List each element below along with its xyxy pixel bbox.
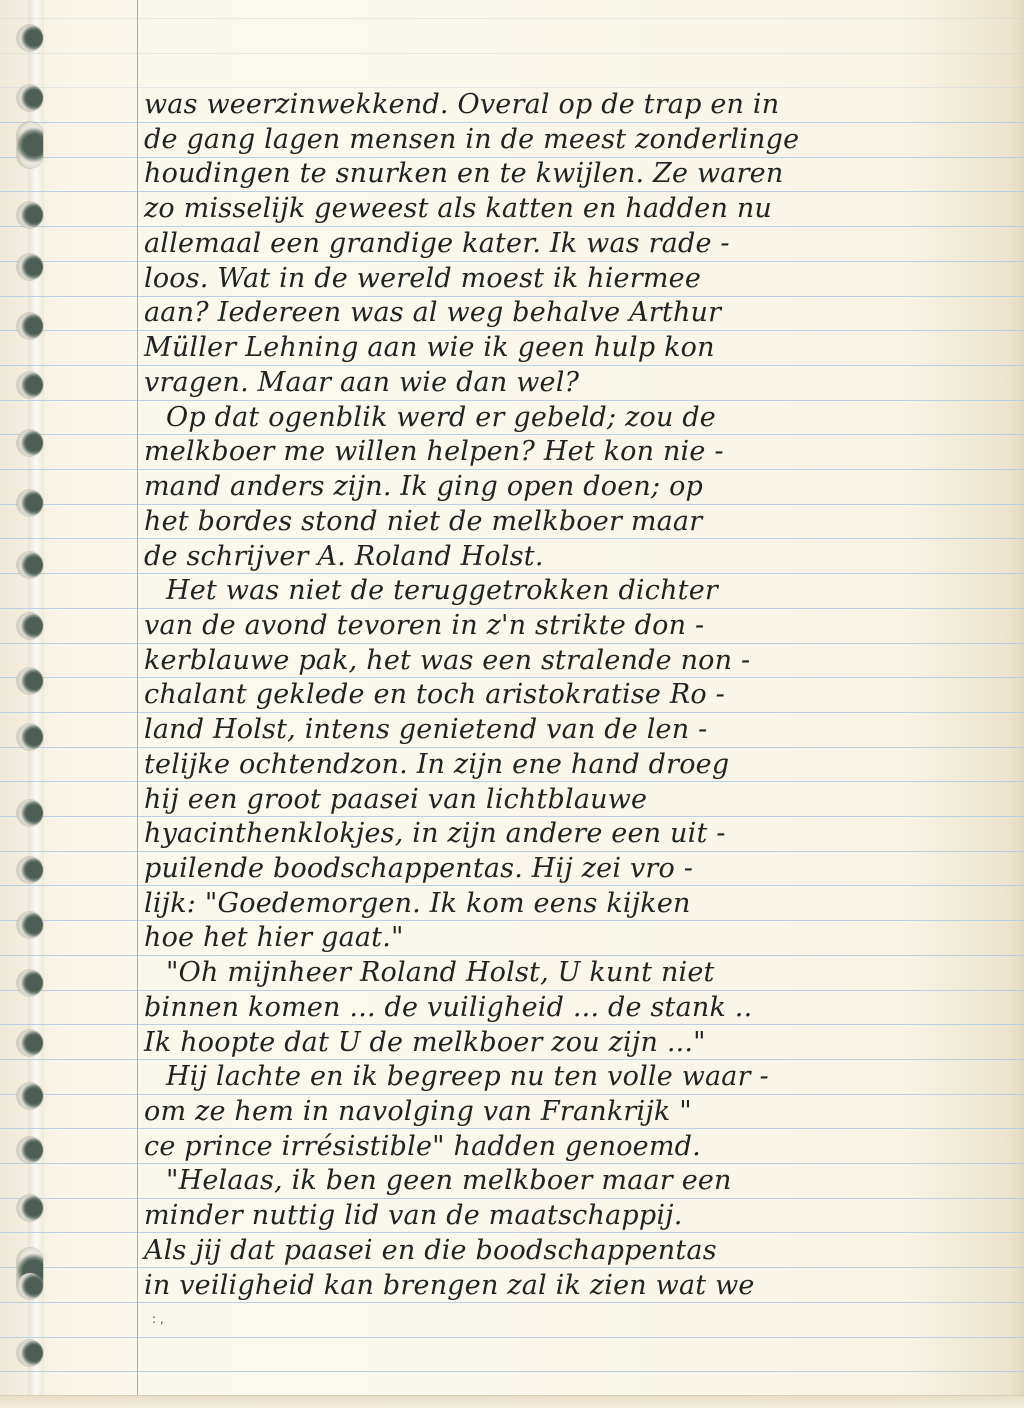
text-line: loos. Wat in de wereld moest ik hiermee xyxy=(144,262,701,296)
rule-line xyxy=(0,1371,1024,1372)
text-line: in veiligheid kan brengen zal ik zien wa… xyxy=(144,1269,755,1303)
text-line: ce prince irrésistible" hadden genoemd. xyxy=(144,1130,701,1164)
rule-line xyxy=(0,53,1024,54)
text-line: van de avond tevoren in z'n strikte don … xyxy=(144,609,704,643)
paragraph-start-line: Het was niet de teruggetrokken dichter xyxy=(166,574,718,608)
binding-hole xyxy=(17,490,43,516)
binding-hole xyxy=(17,857,43,883)
paragraph-start-line: "Helaas, ik ben geen melkboer maar een xyxy=(166,1164,732,1198)
text-line: hij een groot paasei van lichtblauwe xyxy=(144,783,647,817)
text-line: het bordes stond niet de melkboer maar xyxy=(144,505,702,539)
text-line: om ze hem in navolging van Frankrijk " xyxy=(144,1095,692,1129)
binding-hole xyxy=(17,85,43,111)
text-line: melkboer me willen helpen? Het kon nie - xyxy=(144,435,724,469)
binding-hole xyxy=(17,430,43,456)
binding-hole xyxy=(17,1340,43,1366)
text-line: kerblauwe pak, het was een stralende non… xyxy=(144,644,750,678)
binding-hole xyxy=(17,912,43,938)
text-line: Als jij dat paasei en die boodschappenta… xyxy=(144,1234,717,1268)
binding-hole xyxy=(17,668,43,694)
text-line: was weerzinwekkend. Overal op de trap en… xyxy=(144,88,779,122)
binding-hole xyxy=(17,202,43,228)
stray-ink-mark: : , xyxy=(152,1312,164,1326)
text-line: puilende boodschappentas. Hij zei vro - xyxy=(144,852,693,886)
text-line: telijke ochtendzon. In zijn ene hand dro… xyxy=(144,748,729,782)
text-line: Müller Lehning aan wie ik geen hulp kon xyxy=(144,331,715,365)
text-line: hyacinthenklokjes, in zijn andere een ui… xyxy=(144,817,726,851)
text-line: lijk: "Goedemorgen. Ik kom eens kijken xyxy=(144,887,691,921)
text-line: binnen komen ... de vuiligheid ... de st… xyxy=(144,991,752,1025)
text-line: chalant geklede en toch aristokratise Ro… xyxy=(144,678,725,712)
text-line: hoe het hier gaat." xyxy=(144,921,404,955)
text-line: aan? Iedereen was al weg behalve Arthur xyxy=(144,296,721,330)
paragraph-start-line: "Oh mijnheer Roland Holst, U kunt niet xyxy=(166,956,715,990)
text-line: land Holst, intens genietend van de len … xyxy=(144,713,707,747)
rule-line xyxy=(0,1337,1024,1338)
page-bottom-edge xyxy=(0,1395,1024,1408)
text-line: minder nuttig lid van de maatschappij. xyxy=(144,1199,683,1233)
text-line: Ik hoopte dat U de melkboer zou zijn ...… xyxy=(144,1026,706,1060)
text-line: de schrijver A. Roland Holst. xyxy=(144,540,544,574)
margin-line xyxy=(137,0,138,1395)
binding-hole xyxy=(17,1195,43,1221)
paragraph-start-line: Hij lachte en ik begreep nu ten volle wa… xyxy=(166,1060,769,1094)
binding-hole xyxy=(17,313,43,339)
binding-hole xyxy=(17,372,43,398)
binding-hole xyxy=(17,254,43,280)
binding-hole xyxy=(17,613,43,639)
text-line: de gang lagen mensen in de meest zonderl… xyxy=(144,123,799,157)
binding-hole xyxy=(17,1137,43,1163)
binding-hole xyxy=(17,724,43,750)
binding-hole xyxy=(17,25,43,51)
rule-line xyxy=(0,18,1024,19)
binding-hole xyxy=(17,122,43,168)
paragraph-start-line: Op dat ogenblik werd er gebeld; zou de xyxy=(166,401,716,435)
binding-hole xyxy=(17,1273,43,1299)
binding-hole xyxy=(17,970,43,996)
notebook-page: was weerzinwekkend. Overal op de trap en… xyxy=(0,0,1024,1408)
text-line: allemaal een grandige kater. Ik was rade… xyxy=(144,227,730,261)
binding-hole xyxy=(17,1083,43,1109)
binding-hole xyxy=(17,552,43,578)
binding-hole xyxy=(17,1030,43,1056)
text-line: houdingen te snurken en te kwijlen. Ze w… xyxy=(144,157,783,191)
text-line: zo misselijk geweest als katten en hadde… xyxy=(144,192,772,226)
text-line: vragen. Maar aan wie dan wel? xyxy=(144,366,579,400)
binding-hole xyxy=(17,800,43,826)
text-line: mand anders zijn. Ik ging open doen; op xyxy=(144,470,703,504)
